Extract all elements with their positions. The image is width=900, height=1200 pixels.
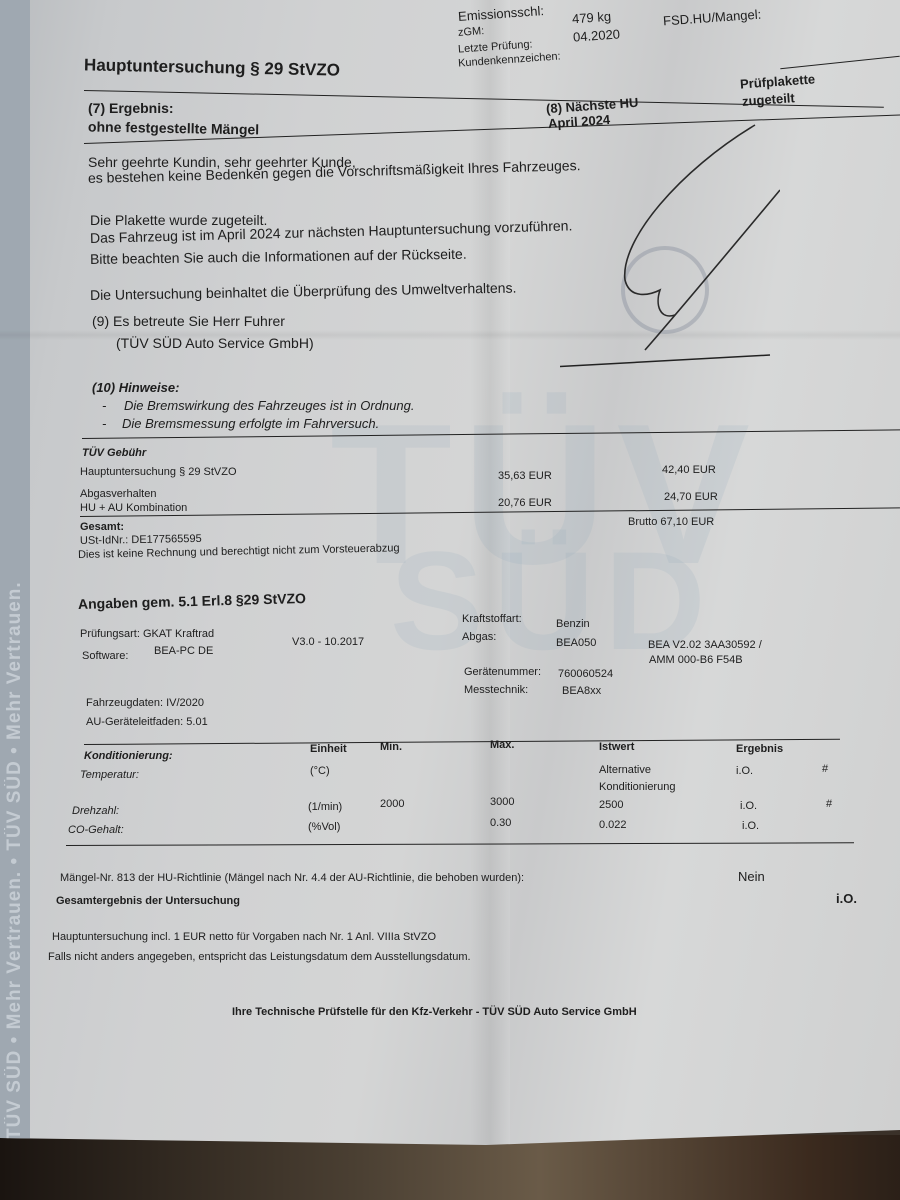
ergebnis-value: ohne festgestellte Mängel xyxy=(88,119,259,138)
kraftstoff-label: Kraftstoffart: xyxy=(462,613,522,625)
col-header-ergebnis: Ergebnis xyxy=(736,743,783,755)
zgm-label: zGM: xyxy=(458,25,485,39)
col-header-min: Min. xyxy=(380,741,402,753)
row-min: 2000 xyxy=(380,798,404,810)
gesamt-label: Gesamt: xyxy=(80,521,124,533)
betreuer-firma: (TÜV SÜD Auto Service GmbH) xyxy=(116,335,314,351)
geraetenummer-value: 760060524 xyxy=(558,668,613,680)
row-istwert: Alternative xyxy=(599,764,651,776)
hinweis-bullet-2: - xyxy=(102,416,106,431)
ergebnis-label: (7) Ergebnis: xyxy=(88,100,174,116)
abgas-label: Abgas: xyxy=(462,631,496,643)
gesamtergebnis-label: Gesamtergebnis der Untersuchung xyxy=(56,895,240,907)
row-ergebnis: i.O. xyxy=(740,800,757,812)
row-einheit: (%Vol) xyxy=(308,821,340,833)
software-value: BEA-PC DE xyxy=(154,645,213,657)
row-istwert-2: Konditionierung xyxy=(599,781,675,793)
row-max: 3000 xyxy=(490,796,514,808)
inspection-report-page: TÜV SÜD • Mehr Vertrauen. • TÜV SÜD • Me… xyxy=(0,0,900,1145)
signoff: Ihre Technische Prüfstelle für den Kfz-V… xyxy=(232,1006,637,1018)
messwerte-bottom-rule xyxy=(66,842,854,846)
row-name: Temperatur: xyxy=(80,769,139,781)
letzte-pruefung-value: 04.2020 xyxy=(573,26,621,44)
row-einheit: (°C) xyxy=(310,765,330,777)
hinweis-item-1: Die Bremswirkung des Fahrzeuges ist in O… xyxy=(124,398,414,413)
messtechnik-value: BEA8xx xyxy=(562,685,601,697)
ust-id: USt-IdNr.: DE177565595 xyxy=(80,533,202,547)
row-ergebnis: i.O. xyxy=(742,820,759,832)
col-header-einheit: Einheit xyxy=(310,743,347,755)
abgas-value: BEA050 xyxy=(556,637,596,649)
table-background xyxy=(0,1135,900,1200)
messwerte-top-rule xyxy=(84,739,840,745)
au-geraeteleitfaden: AU-Geräteleitfaden: 5.01 xyxy=(86,716,208,728)
gebuehr-row-1-label: Hauptuntersuchung § 29 StVZO xyxy=(80,466,237,478)
zgm-value: 479 kg xyxy=(572,9,612,27)
page-title: Hauptuntersuchung § 29 StVZO xyxy=(84,55,340,80)
gebuehr-row-2-label2: HU + AU Kombination xyxy=(80,502,187,514)
inspector-signature xyxy=(560,120,780,370)
gebuehr-row-2-brutto: 24,70 EUR xyxy=(664,491,718,503)
gebuehr-row-1-brutto: 42,40 EUR xyxy=(662,464,716,476)
gesamt-value: Brutto 67,10 EUR xyxy=(628,516,714,528)
divider xyxy=(780,56,899,70)
row-name: Drehzahl: xyxy=(72,805,119,817)
footer-note-1: Hauptuntersuchung incl. 1 EUR netto für … xyxy=(52,931,436,943)
col-header-konditionierung: Konditionierung: xyxy=(84,750,173,762)
gebuehr-title: TÜV Gebühr xyxy=(82,447,146,459)
row-max: 0.30 xyxy=(490,817,511,829)
plakette-line1: Prüfplakette xyxy=(740,71,816,91)
maengel-text: Mängel-Nr. 813 der HU-Richtlinie (Mängel… xyxy=(60,872,524,884)
software-label: Software: xyxy=(82,650,128,662)
kraftstoff-value: Benzin xyxy=(556,618,590,630)
row-ergebnis: i.O. xyxy=(736,765,753,777)
row-mark: # xyxy=(822,763,828,775)
pruefungsart: Prüfungsart: GKAT Kraftrad xyxy=(80,628,214,640)
hinweis-item-2: Die Bremsmessung erfolgte im Fahrversuch… xyxy=(122,416,379,431)
footer-note-2: Falls nicht anders angegeben, entspricht… xyxy=(48,951,471,963)
gesamtergebnis-value: i.O. xyxy=(836,891,857,906)
abgas-detail-2: AMM 000-B6 F54B xyxy=(649,654,743,666)
geraetenummer-label: Gerätenummer: xyxy=(464,666,541,678)
row-name: CO-Gehalt: xyxy=(68,824,124,836)
gebuehr-row-2-netto: 20,76 EUR xyxy=(498,497,552,509)
plakette-line2: zugeteilt xyxy=(742,90,796,109)
col-header-istwert: Istwert xyxy=(599,741,634,753)
software-version: V3.0 - 10.2017 xyxy=(292,636,364,648)
gebuehr-row-1-netto: 35,63 EUR xyxy=(498,470,552,482)
betreuer-text: (9) Es betreute Sie Herr Fuhrer xyxy=(92,313,285,329)
hinweise-title: (10) Hinweise: xyxy=(92,380,179,395)
messtechnik-label: Messtechnik: xyxy=(464,684,528,696)
row-mark: # xyxy=(826,798,832,810)
row-istwert: 0.022 xyxy=(599,819,627,831)
col-header-max: Max. xyxy=(490,739,514,751)
brand-side-band: TÜV SÜD • Mehr Vertrauen. • TÜV SÜD • Me… xyxy=(0,0,30,1145)
row-istwert: 2500 xyxy=(599,799,623,811)
fahrzeugdaten: Fahrzeugdaten: IV/2020 xyxy=(86,697,204,709)
angaben-title: Angaben gem. 5.1 Erl.8 §29 StVZO xyxy=(78,590,306,612)
row-einheit: (1/min) xyxy=(308,801,342,813)
letter-line5: Die Untersuchung beinhaltet die Überprüf… xyxy=(90,280,517,303)
gebuehr-row-2-label: Abgasverhalten xyxy=(80,488,156,500)
hinweis-bullet-1: - xyxy=(102,398,106,413)
abgas-detail-1: BEA V2.02 3AA30592 / xyxy=(648,639,762,651)
brand-side-text: TÜV SÜD • Mehr Vertrauen. • TÜV SÜD • Me… xyxy=(4,0,28,1140)
fsd-label: FSD.HU/Mangel: xyxy=(663,7,762,29)
maengel-value: Nein xyxy=(738,869,765,884)
letter-line4: Bitte beachten Sie auch die Informatione… xyxy=(90,246,467,267)
